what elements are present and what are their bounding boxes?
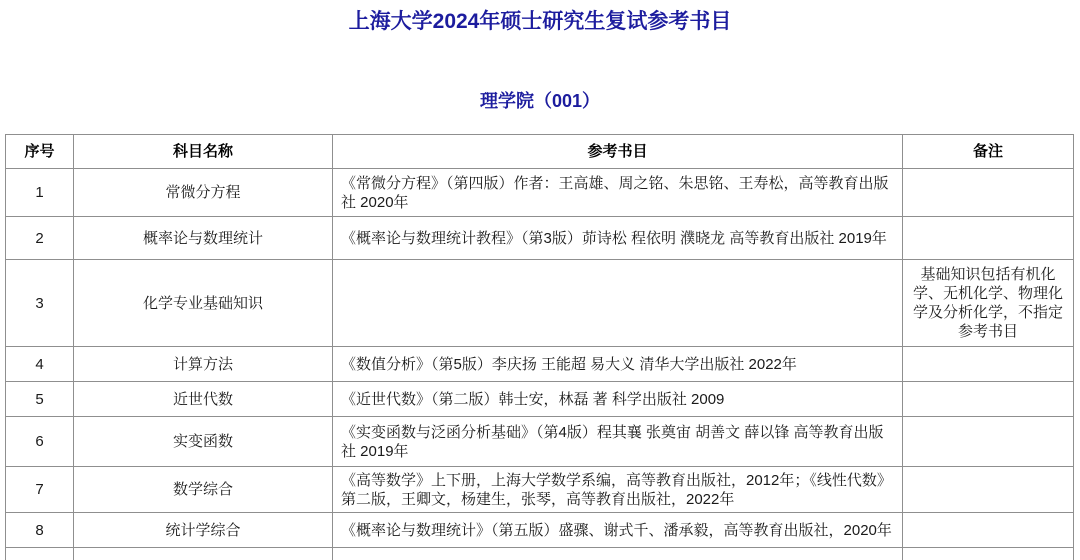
subject-cell: 计算方法 [74, 347, 333, 382]
subject-cell: 近世代数 [74, 382, 333, 417]
table-row: 4计算方法《数值分析》（第5版）李庆扬 王能超 易大义 清华大学出版社 2022… [6, 347, 1074, 382]
remark-cell [903, 417, 1074, 467]
row-number-cell: 2 [6, 217, 74, 260]
remark-cell [903, 217, 1074, 260]
books-cell [333, 260, 903, 347]
row-number-cell: 7 [6, 467, 74, 513]
remark-cell [903, 548, 1074, 560]
remark-cell [903, 347, 1074, 382]
table-row-partial [6, 548, 1074, 560]
subject-cell: 统计学综合 [74, 513, 333, 548]
header-cell-remark: 备注 [903, 135, 1074, 169]
section-title: 理学院（001） [0, 89, 1080, 113]
header-cell-no: 序号 [6, 135, 74, 169]
table-header: 序号 科目名称 参考书目 备注 [6, 135, 1074, 169]
subject-cell: 数学综合 [74, 467, 333, 513]
row-number-cell: 4 [6, 347, 74, 382]
books-cell: 《概率论与数理统计教程》（第3版）茆诗松 程依明 濮晓龙 高等教育出版社 201… [333, 217, 903, 260]
books-cell: 《常微分方程》（第四版）作者：王高雄、周之铭、朱思铭、王寿松，高等教育出版社 2… [333, 169, 903, 217]
table-row: 8统计学综合《概率论与数理统计》（第五版）盛骤、谢式千、潘承毅，高等教育出版社，… [6, 513, 1074, 548]
books-cell: 《实变函数与泛函分析基础》（第4版）程其襄 张奠宙 胡善文 薛以锋 高等教育出版… [333, 417, 903, 467]
row-number-cell [6, 548, 74, 560]
row-number-cell: 6 [6, 417, 74, 467]
table-body: 1常微分方程《常微分方程》（第四版）作者：王高雄、周之铭、朱思铭、王寿松，高等教… [6, 169, 1074, 560]
table-row: 1常微分方程《常微分方程》（第四版）作者：王高雄、周之铭、朱思铭、王寿松，高等教… [6, 169, 1074, 217]
row-number-cell: 1 [6, 169, 74, 217]
reference-books-table: 序号 科目名称 参考书目 备注 1常微分方程《常微分方程》（第四版）作者：王高雄… [5, 134, 1074, 560]
books-cell: 《近世代数》（第二版）韩士安，林磊 著 科学出版社 2009 [333, 382, 903, 417]
subject-cell: 概率论与数理统计 [74, 217, 333, 260]
remark-cell [903, 513, 1074, 548]
row-number-cell: 5 [6, 382, 74, 417]
remark-cell [903, 382, 1074, 417]
page-title: 上海大学2024年硕士研究生复试参考书目 [0, 9, 1080, 34]
document-page: 上海大学2024年硕士研究生复试参考书目 理学院（001） 序号 科目名称 参考… [0, 0, 1080, 560]
row-number-cell: 8 [6, 513, 74, 548]
subject-cell: 化学专业基础知识 [74, 260, 333, 347]
header-cell-subject: 科目名称 [74, 135, 333, 169]
remark-cell [903, 467, 1074, 513]
subject-cell: 实变函数 [74, 417, 333, 467]
table-row: 5近世代数《近世代数》（第二版）韩士安，林磊 著 科学出版社 2009 [6, 382, 1074, 417]
subject-cell: 常微分方程 [74, 169, 333, 217]
header-row: 序号 科目名称 参考书目 备注 [6, 135, 1074, 169]
books-cell [333, 548, 903, 560]
remark-cell: 基础知识包括有机化学、无机化学、物理化学及分析化学，不指定参考书目 [903, 260, 1074, 347]
table-row: 2概率论与数理统计《概率论与数理统计教程》（第3版）茆诗松 程依明 濮晓龙 高等… [6, 217, 1074, 260]
table-row: 7数学综合《高等数学》上下册，上海大学数学系编，高等教育出版社，2012年；《线… [6, 467, 1074, 513]
subject-cell [74, 548, 333, 560]
books-cell: 《数值分析》（第5版）李庆扬 王能超 易大义 清华大学出版社 2022年 [333, 347, 903, 382]
books-cell: 《高等数学》上下册，上海大学数学系编，高等教育出版社，2012年；《线性代数》第… [333, 467, 903, 513]
table-row: 3化学专业基础知识基础知识包括有机化学、无机化学、物理化学及分析化学，不指定参考… [6, 260, 1074, 347]
table-row: 6实变函数《实变函数与泛函分析基础》（第4版）程其襄 张奠宙 胡善文 薛以锋 高… [6, 417, 1074, 467]
header-cell-books: 参考书目 [333, 135, 903, 169]
row-number-cell: 3 [6, 260, 74, 347]
books-cell: 《概率论与数理统计》（第五版）盛骤、谢式千、潘承毅，高等教育出版社，2020年 [333, 513, 903, 548]
remark-cell [903, 169, 1074, 217]
